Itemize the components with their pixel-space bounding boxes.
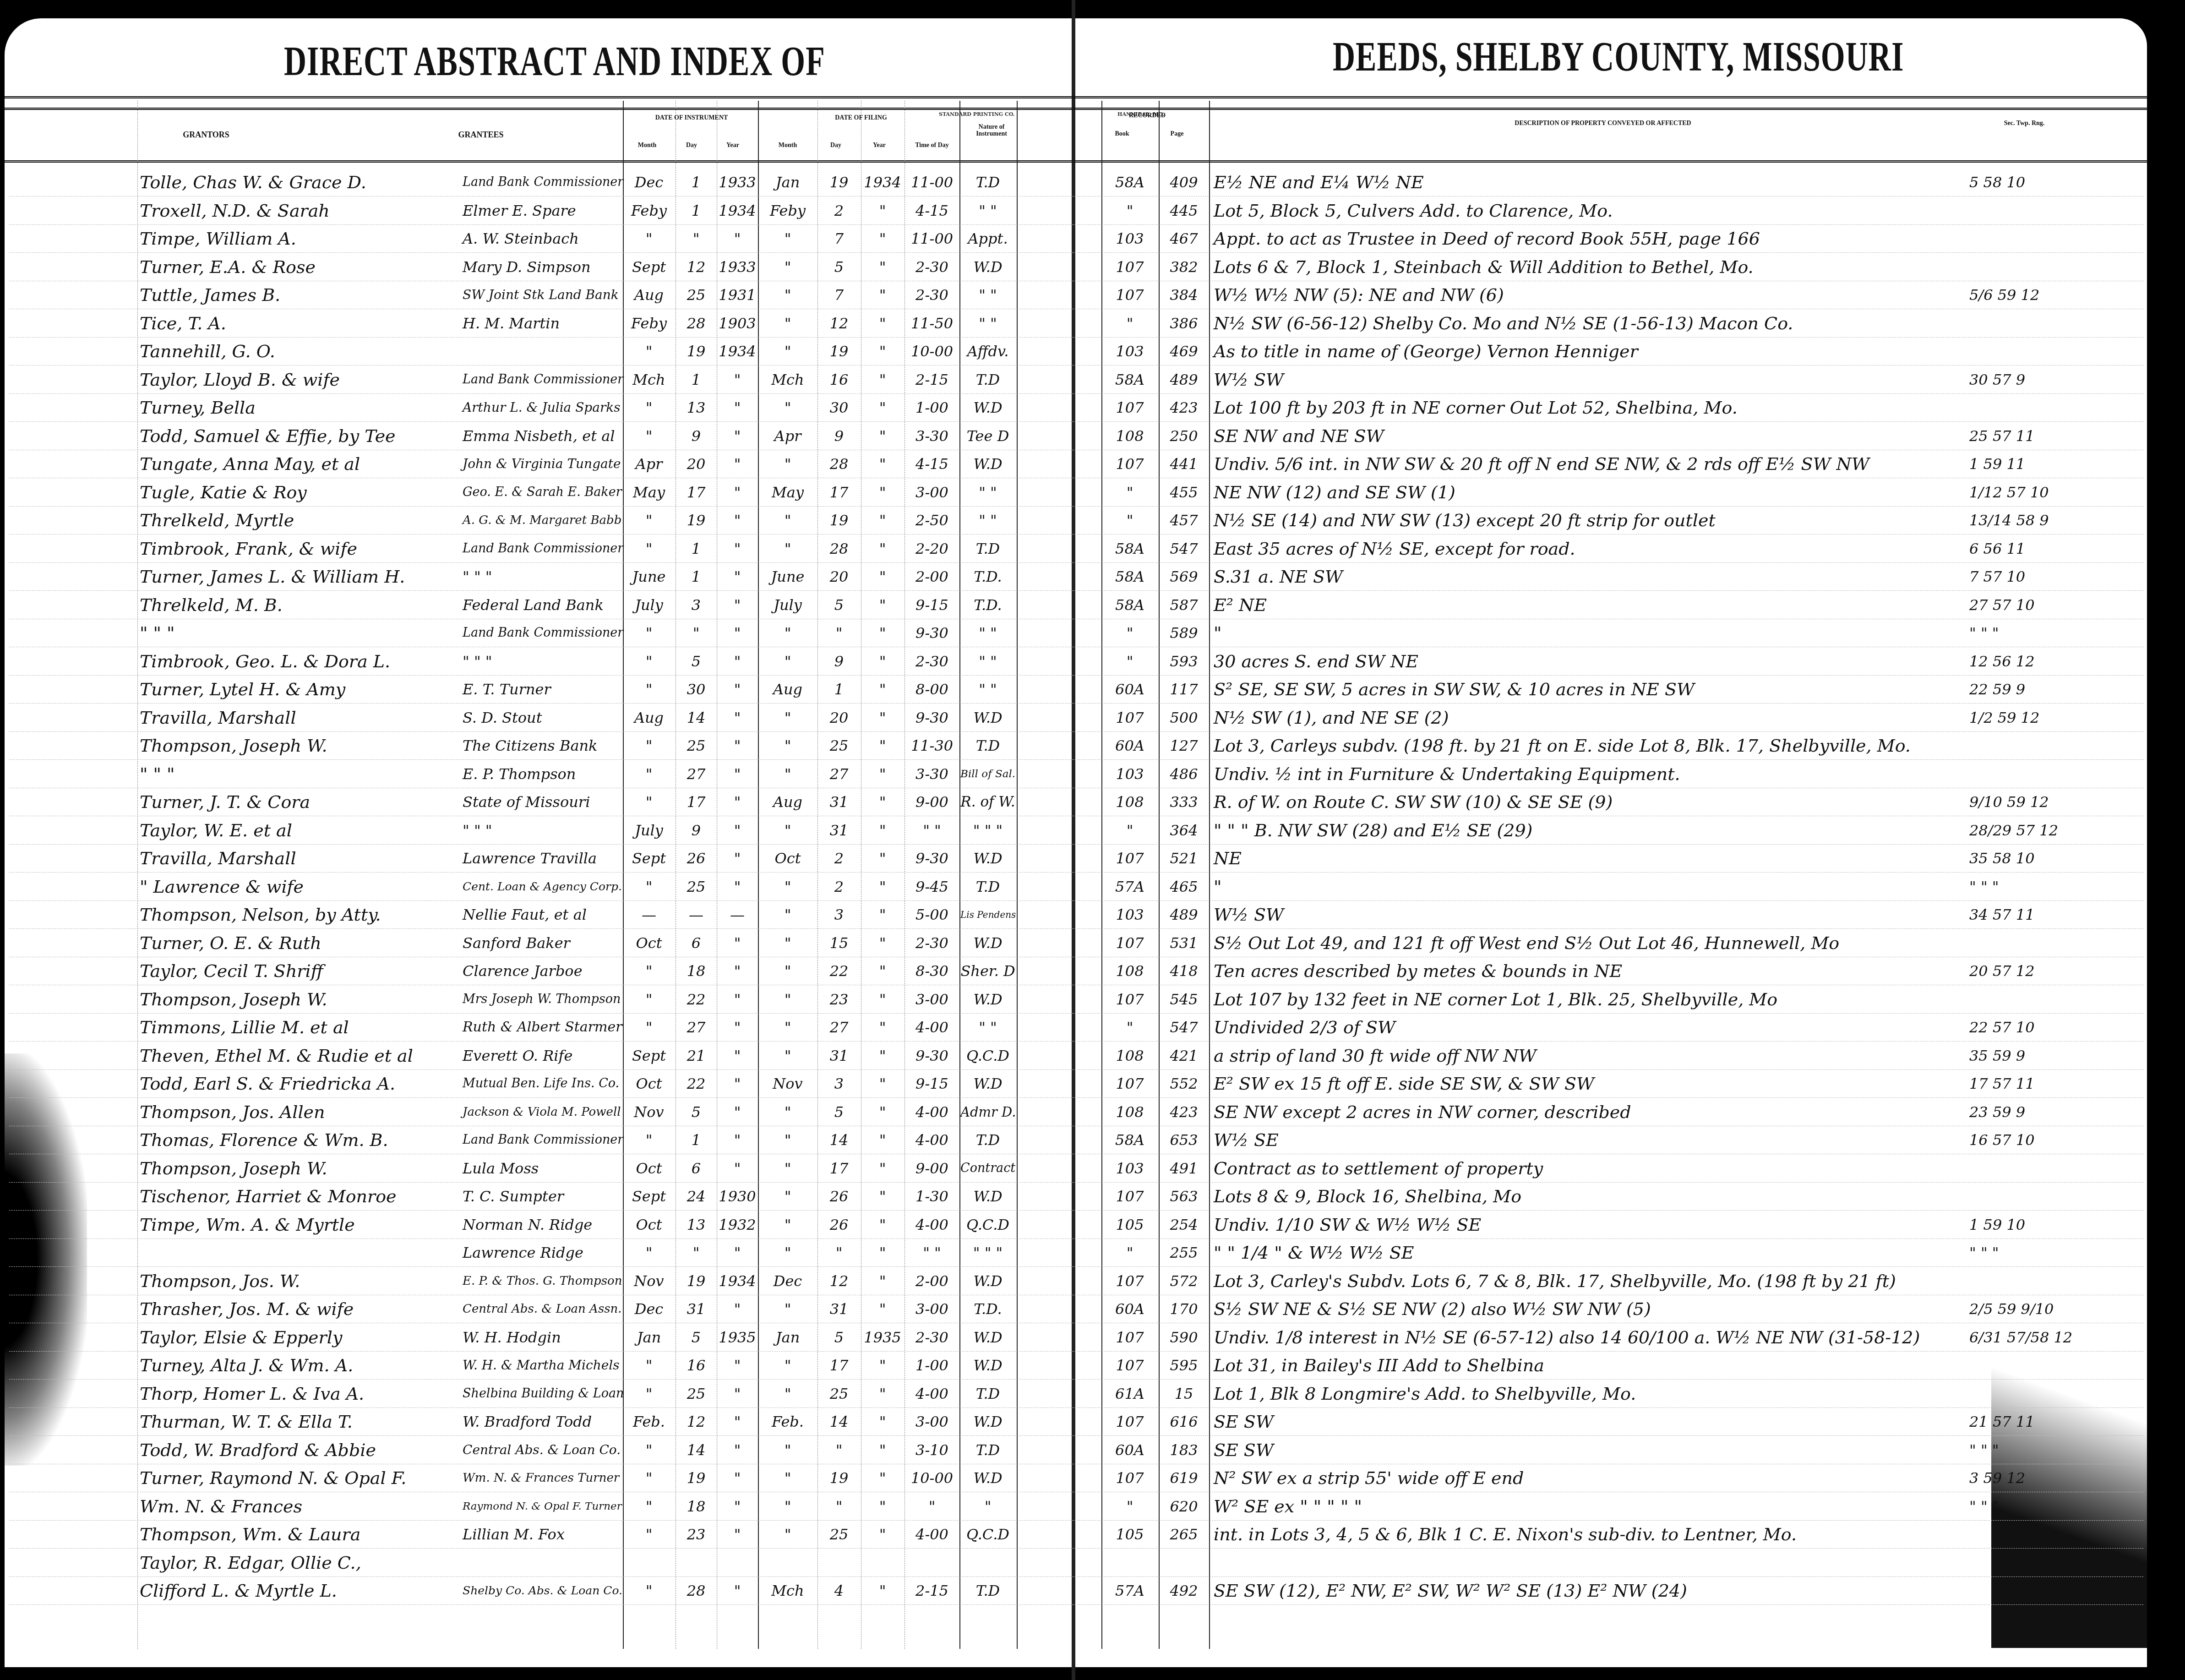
nature-cell: W.D — [960, 845, 1015, 871]
description-cell — [1214, 1550, 1956, 1576]
filing-year-cell: " — [862, 987, 903, 1012]
book-cell: 107 — [1102, 845, 1157, 871]
nature-cell: " " — [960, 480, 1015, 505]
instrument-day-cell: " — [676, 226, 716, 251]
filing-month-cell: July — [759, 592, 817, 618]
instrument-year-cell: 1934 — [718, 338, 757, 364]
page-cell: 183 — [1160, 1437, 1208, 1463]
filing-month-cell: Aug — [759, 789, 817, 815]
instrument-day-cell: — — [676, 902, 716, 927]
description-cell: S½ Out Lot 49, and 121 ft off West end S… — [1214, 930, 1956, 956]
instrument-year-cell: 1903 — [718, 311, 757, 336]
description-cell: Lot 100 ft by 203 ft in NE corner Out Lo… — [1214, 395, 1956, 420]
instrument-year-cell: " — [718, 480, 757, 505]
instrument-day-cell: 26 — [676, 845, 716, 871]
instrument-year-cell: " — [718, 733, 757, 758]
instrument-month-cell: " — [624, 1578, 674, 1604]
sec-twp-rng-cell — [1969, 254, 2098, 280]
filing-day-cell: 19 — [818, 507, 860, 533]
filing-day-cell: 31 — [818, 1296, 860, 1322]
time-of-day-cell: 9-00 — [905, 1156, 959, 1181]
time-of-day-cell: 9-30 — [905, 845, 959, 871]
description-cell: W½ SW — [1214, 367, 1956, 393]
grantee-cell: Land Bank Commissioner — [463, 536, 623, 562]
grantor-cell: Clifford L. & Myrtle L. — [140, 1578, 460, 1604]
page-cell: 386 — [1160, 311, 1208, 336]
time-of-day-cell: 2-15 — [905, 1578, 959, 1604]
nature-cell: W.D — [960, 930, 1015, 956]
col-header-page: Page — [1163, 131, 1191, 137]
grantee-cell: Land Bank Commissioner — [463, 620, 623, 646]
book-cell: 58A — [1102, 536, 1157, 562]
grantor-cell: Taylor, R. Edgar, Ollie C., — [140, 1550, 460, 1576]
sec-twp-rng-cell: 9/10 59 12 — [1969, 789, 2098, 815]
book-cell — [1102, 1550, 1157, 1576]
instrument-month-cell: " — [624, 874, 674, 900]
grantee-cell: Mrs Joseph W. Thompson — [463, 987, 623, 1012]
instrument-month-cell: Sept — [624, 1184, 674, 1209]
description-cell: S½ SW NE & S½ SE NW (2) also W½ SW NW (5… — [1214, 1296, 1956, 1322]
book-cell: " — [1102, 311, 1157, 336]
filing-year-cell: " — [862, 818, 903, 843]
instrument-day-cell: " — [676, 1240, 716, 1265]
book-cell: 105 — [1102, 1522, 1157, 1547]
filing-year-cell: " — [862, 507, 903, 533]
time-of-day-cell: 2-15 — [905, 367, 959, 393]
filing-month-cell: Oct — [759, 845, 817, 871]
nature-cell: Contract — [960, 1156, 1015, 1181]
instrument-month-cell: " — [624, 958, 674, 984]
sec-twp-rng-cell: 2/5 59 9/10 — [1969, 1296, 2098, 1322]
description-cell: S.31 a. NE SW — [1214, 564, 1956, 589]
grantee-cell — [463, 338, 623, 364]
grantee-cell: Emma Nisbeth, et al — [463, 423, 623, 449]
page-cell: 465 — [1160, 874, 1208, 900]
filing-day-cell: 28 — [818, 451, 860, 477]
column-divider — [1209, 101, 1210, 1649]
instrument-day-cell: 20 — [676, 451, 716, 477]
instrument-month-cell: July — [624, 592, 674, 618]
instrument-year-cell: 1932 — [718, 1212, 757, 1238]
instrument-month-cell: " — [624, 507, 674, 533]
instrument-month-cell: " — [624, 1494, 674, 1519]
description-cell: Contract as to settlement of property — [1214, 1156, 1956, 1181]
filing-month-cell: " — [759, 1015, 817, 1040]
page-cell: 384 — [1160, 282, 1208, 308]
description-cell: NE — [1214, 845, 1956, 871]
instrument-month-cell: " — [624, 761, 674, 787]
instrument-month-cell: " — [624, 649, 674, 674]
nature-cell: Bill of Sal. — [960, 761, 1015, 787]
grantee-cell: E. P. & Thos. G. Thompson — [463, 1268, 623, 1294]
sec-twp-rng-cell — [1969, 1381, 2098, 1407]
nature-cell: T.D — [960, 1127, 1015, 1153]
book-cell: 57A — [1102, 874, 1157, 900]
nature-cell: W.D — [960, 395, 1015, 420]
description-cell: E² NE — [1214, 592, 1956, 618]
sec-twp-rng-cell: 5/6 59 12 — [1969, 282, 2098, 308]
col-header-inst-year: Year — [719, 142, 746, 149]
instrument-year-cell: " — [718, 874, 757, 900]
row-guide-line — [9, 957, 2143, 957]
filing-year-cell: " — [862, 1043, 903, 1069]
instrument-day-cell: 30 — [676, 676, 716, 702]
grantor-cell: Timbrook, Geo. L. & Dora L. — [140, 649, 460, 674]
grantor-cell: Tungate, Anna May, et al — [140, 451, 460, 477]
page-cell: 587 — [1160, 592, 1208, 618]
sec-twp-rng-cell — [1969, 311, 2098, 336]
instrument-day-cell: 12 — [676, 1409, 716, 1435]
instrument-day-cell: 6 — [676, 930, 716, 956]
grantor-cell: Tolle, Chas W. & Grace D. — [140, 169, 460, 195]
grantor-cell: Todd, W. Bradford & Abbie — [140, 1437, 460, 1463]
grantor-cell: " Lawrence & wife — [140, 874, 460, 900]
instrument-month-cell: Nov — [624, 1268, 674, 1294]
filing-day-cell: 19 — [818, 169, 860, 195]
filing-day-cell: 2 — [818, 845, 860, 871]
row-guide-line — [9, 1435, 2143, 1436]
instrument-year-cell: " — [718, 226, 757, 251]
nature-cell: W.D — [960, 987, 1015, 1012]
sec-twp-rng-cell — [1969, 761, 2098, 787]
nature-cell: " " — [960, 507, 1015, 533]
filing-year-cell: " — [862, 1268, 903, 1294]
sec-twp-rng-cell: 6 56 11 — [1969, 536, 2098, 562]
filing-year-cell: " — [862, 733, 903, 758]
instrument-day-cell: 25 — [676, 282, 716, 308]
time-of-day-cell: 11-00 — [905, 169, 959, 195]
row-guide-line — [9, 872, 2143, 873]
grantee-cell: Central Abs. & Loan Co. — [463, 1437, 623, 1463]
sec-twp-rng-cell: 5 58 10 — [1969, 169, 2098, 195]
grantor-cell: Taylor, Cecil T. Shriff — [140, 958, 460, 984]
filing-day-cell: 12 — [818, 1268, 860, 1294]
instrument-year-cell: " — [718, 761, 757, 787]
grantee-cell: Sanford Baker — [463, 930, 623, 956]
filing-year-cell: 1935 — [862, 1325, 903, 1350]
description-cell: NE NW (12) and SE SW (1) — [1214, 480, 1956, 505]
instrument-month-cell: Sept — [624, 845, 674, 871]
grantee-cell: Land Bank Commissioner — [463, 1127, 623, 1153]
instrument-day-cell: 28 — [676, 311, 716, 336]
instrument-year-cell: " — [718, 649, 757, 674]
page-cell: 595 — [1160, 1353, 1208, 1378]
sec-twp-rng-cell: 7 57 10 — [1969, 564, 2098, 589]
filing-year-cell: " — [862, 311, 903, 336]
nature-cell: " " " — [960, 1240, 1015, 1265]
sec-twp-rng-cell — [1969, 1353, 2098, 1378]
time-of-day-cell: 4-15 — [905, 198, 959, 224]
filing-year-cell: " — [862, 705, 903, 731]
description-cell: Appt. to act as Trustee in Deed of recor… — [1214, 226, 1956, 251]
sec-twp-rng-cell: 30 57 9 — [1969, 367, 2098, 393]
time-of-day-cell: 2-00 — [905, 564, 959, 589]
col-header-recorded: RECORDED — [1108, 112, 1186, 119]
filing-month-cell: " — [759, 1437, 817, 1463]
time-of-day-cell: 3-00 — [905, 987, 959, 1012]
filing-month-cell: " — [759, 1522, 817, 1547]
instrument-day-cell: 12 — [676, 254, 716, 280]
grantee-cell: Elmer E. Spare — [463, 198, 623, 224]
row-guide-line — [9, 1492, 2143, 1492]
nature-cell: Admr D. — [960, 1099, 1015, 1125]
sec-twp-rng-cell: 28/29 57 12 — [1969, 818, 2098, 843]
filing-month-cell: " — [759, 761, 817, 787]
grantor-cell: Turner, J. T. & Cora — [140, 789, 460, 815]
grantee-cell: Shelbina Building & Loan — [463, 1381, 623, 1407]
nature-cell: W.D — [960, 1465, 1015, 1491]
instrument-month-cell — [624, 1550, 674, 1576]
grantee-cell: " " " — [463, 818, 623, 843]
grantee-cell: Central Abs. & Loan Assn. — [463, 1296, 623, 1322]
book-cell: 60A — [1102, 1296, 1157, 1322]
filing-month-cell: " — [759, 987, 817, 1012]
nature-cell: " — [960, 1494, 1015, 1519]
instrument-year-cell: " — [718, 789, 757, 815]
instrument-day-cell: 23 — [676, 1522, 716, 1547]
description-cell: N½ SW (1), and NE SE (2) — [1214, 705, 1956, 731]
instrument-month-cell: Mch — [624, 367, 674, 393]
instrument-year-cell: " — [718, 1043, 757, 1069]
description-cell: Undiv. 1/10 SW & W½ W½ SE — [1214, 1212, 1956, 1238]
nature-cell: W.D — [960, 254, 1015, 280]
sec-twp-rng-cell: 21 57 11 — [1969, 1409, 2098, 1435]
sec-twp-rng-cell: 1 59 10 — [1969, 1212, 2098, 1238]
page-cell: 492 — [1160, 1578, 1208, 1604]
grantor-cell: Thompson, Wm. & Laura — [140, 1522, 460, 1547]
row-guide-line — [9, 619, 2143, 619]
filing-day-cell: 12 — [818, 311, 860, 336]
instrument-year-cell: " — [718, 1156, 757, 1181]
instrument-year-cell: " — [718, 845, 757, 871]
filing-month-cell: June — [759, 564, 817, 589]
grantor-cell: Tannehill, G. O. — [140, 338, 460, 364]
time-of-day-cell: 10-00 — [905, 338, 959, 364]
description-cell: SE NW except 2 acres in NW corner, descr… — [1214, 1099, 1956, 1125]
grantee-cell: A. G. & M. Margaret Babb — [463, 507, 623, 533]
instrument-year-cell: " — [718, 1240, 757, 1265]
grantee-cell: H. M. Martin — [463, 311, 623, 336]
description-cell: W½ SW — [1214, 902, 1956, 927]
grantee-cell: Land Bank Commissioner — [463, 169, 623, 195]
description-cell: SE SW — [1214, 1409, 1956, 1435]
instrument-month-cell: " — [624, 1240, 674, 1265]
instrument-day-cell: 5 — [676, 1099, 716, 1125]
filing-month-cell: " — [759, 1156, 817, 1181]
nature-cell: T.D — [960, 367, 1015, 393]
filing-year-cell: " — [862, 1099, 903, 1125]
sec-twp-rng-cell: " " " — [1969, 1240, 2098, 1265]
grantor-cell: Thompson, Joseph W. — [140, 987, 460, 1012]
description-cell: S² SE, SE SW, 5 acres in SW SW, & 10 acr… — [1214, 676, 1956, 702]
instrument-year-cell: " — [718, 367, 757, 393]
instrument-month-cell: Sept — [624, 1043, 674, 1069]
grantor-cell: Tice, T. A. — [140, 311, 460, 336]
filing-month-cell: " — [759, 1381, 817, 1407]
instrument-year-cell: " — [718, 1578, 757, 1604]
filing-year-cell: " — [862, 620, 903, 646]
row-guide-line — [9, 985, 2143, 985]
grantee-cell: Mary D. Simpson — [463, 254, 623, 280]
col-header-date-instrument: DATE OF INSTRUMENT — [625, 115, 758, 121]
time-of-day-cell: 11-50 — [905, 311, 959, 336]
filing-month-cell: Jan — [759, 1325, 817, 1350]
row-guide-line — [9, 281, 2143, 281]
page-cell: 572 — [1160, 1268, 1208, 1294]
instrument-day-cell: 18 — [676, 1494, 716, 1519]
grantee-cell: John & Virginia Tungate — [463, 451, 623, 477]
sec-twp-rng-cell — [1969, 930, 2098, 956]
instrument-month-cell: " — [624, 1381, 674, 1407]
filing-year-cell: " — [862, 1184, 903, 1209]
filing-month-cell: " — [759, 1353, 817, 1378]
filing-month-cell: " — [759, 1043, 817, 1069]
page-cell: 589 — [1160, 620, 1208, 646]
row-guide-line — [9, 1154, 2143, 1154]
description-cell: W² SE ex " " " " " — [1214, 1494, 1956, 1519]
instrument-year-cell: " — [718, 1409, 757, 1435]
time-of-day-cell: 2-20 — [905, 536, 959, 562]
filing-day-cell: " — [818, 1240, 860, 1265]
time-of-day-cell: 4-00 — [905, 1522, 959, 1547]
instrument-month-cell: Oct — [624, 930, 674, 956]
filing-year-cell: " — [862, 1212, 903, 1238]
time-of-day-cell: 9-45 — [905, 874, 959, 900]
sec-twp-rng-cell: 1/2 59 12 — [1969, 705, 2098, 731]
description-cell: Lot 3, Carleys subdv. (198 ft. by 21 ft … — [1214, 733, 1956, 758]
filing-year-cell: " — [862, 1522, 903, 1547]
book-cell: 107 — [1102, 1465, 1157, 1491]
grantee-cell: Cent. Loan & Agency Corp. — [463, 874, 623, 900]
filing-day-cell: 19 — [818, 1465, 860, 1491]
instrument-day-cell: 28 — [676, 1578, 716, 1604]
book-cell: 108 — [1102, 789, 1157, 815]
grantor-cell: Threlkeld, Myrtle — [140, 507, 460, 533]
description-cell: N½ SW (6-56-12) Shelby Co. Mo and N½ SE … — [1214, 311, 1956, 336]
instrument-year-cell: 1930 — [718, 1184, 757, 1209]
book-cell: 107 — [1102, 395, 1157, 420]
book-cell: 103 — [1102, 902, 1157, 927]
page-cell: 521 — [1160, 845, 1208, 871]
filing-year-cell: " — [862, 1381, 903, 1407]
row-guide-line — [9, 1295, 2143, 1295]
filing-year-cell: " — [862, 226, 903, 251]
header-rule-second — [5, 108, 2148, 110]
time-of-day-cell: 1-30 — [905, 1184, 959, 1209]
page-cell: 590 — [1160, 1325, 1208, 1350]
col-header-nature: Nature of Instrument — [964, 124, 1019, 138]
filing-month-cell: " — [759, 733, 817, 758]
sec-twp-rng-cell: 1 59 11 — [1969, 451, 2098, 477]
time-of-day-cell: 9-30 — [905, 620, 959, 646]
instrument-year-cell: " — [718, 1296, 757, 1322]
grantor-cell: Taylor, Elsie & Epperly — [140, 1325, 460, 1350]
filing-day-cell: 7 — [818, 226, 860, 251]
time-of-day-cell: 3-10 — [905, 1437, 959, 1463]
filing-month-cell: May — [759, 480, 817, 505]
instrument-month-cell: Jan — [624, 1325, 674, 1350]
filing-year-cell: " — [862, 958, 903, 984]
filing-day-cell: 5 — [818, 1099, 860, 1125]
book-cell: 58A — [1102, 592, 1157, 618]
time-of-day-cell: 4-00 — [905, 1212, 959, 1238]
sec-twp-rng-cell — [1969, 1268, 2098, 1294]
instrument-day-cell — [676, 1550, 716, 1576]
description-cell: SE NW and NE SW — [1214, 423, 1956, 449]
filing-day-cell: 9 — [818, 649, 860, 674]
filing-month-cell: " — [759, 930, 817, 956]
filing-day-cell: 5 — [818, 592, 860, 618]
grantor-cell: Threlkeld, M. B. — [140, 592, 460, 618]
filing-day-cell: 27 — [818, 761, 860, 787]
instrument-day-cell: " — [676, 620, 716, 646]
row-guide-line — [9, 1379, 2143, 1380]
time-of-day-cell: 9-15 — [905, 1071, 959, 1096]
instrument-day-cell: 9 — [676, 818, 716, 843]
time-of-day-cell: 1-00 — [905, 1353, 959, 1378]
grantee-cell: W. H. & Martha Michels — [463, 1353, 623, 1378]
book-cell: 58A — [1102, 169, 1157, 195]
filing-day-cell: 28 — [818, 536, 860, 562]
filing-day-cell: 15 — [818, 930, 860, 956]
page-cell: 333 — [1160, 789, 1208, 815]
instrument-day-cell: 19 — [676, 1465, 716, 1491]
filing-month-cell: Aug — [759, 676, 817, 702]
filing-year-cell: " — [862, 367, 903, 393]
sec-twp-rng-cell — [1969, 987, 2098, 1012]
grantee-cell: S. D. Stout — [463, 705, 623, 731]
grantee-cell: Raymond N. & Opal F. Turner — [463, 1494, 623, 1519]
filing-day-cell: 26 — [818, 1212, 860, 1238]
page-cell: 445 — [1160, 198, 1208, 224]
page-cell: 547 — [1160, 536, 1208, 562]
page-cell: 545 — [1160, 987, 1208, 1012]
instrument-month-cell: Feb. — [624, 1409, 674, 1435]
description-cell: " " " B. NW SW (28) and E½ SE (29) — [1214, 818, 1956, 843]
filing-year-cell: " — [862, 592, 903, 618]
filing-year-cell: " — [862, 845, 903, 871]
row-guide-line — [9, 759, 2143, 760]
page-cell: 552 — [1160, 1071, 1208, 1096]
nature-cell: " " — [960, 620, 1015, 646]
filing-year-cell: " — [862, 254, 903, 280]
sec-twp-rng-cell: 20 57 12 — [1969, 958, 2098, 984]
filing-month-cell: " — [759, 818, 817, 843]
instrument-day-cell: 1 — [676, 367, 716, 393]
sec-twp-rng-cell: 3 59 12 — [1969, 1465, 2098, 1491]
book-cell: 107 — [1102, 1184, 1157, 1209]
grantee-cell: Clarence Jarboe — [463, 958, 623, 984]
time-of-day-cell: 9-30 — [905, 705, 959, 731]
nature-cell: W.D — [960, 1325, 1015, 1350]
instrument-month-cell: Dec — [624, 169, 674, 195]
filing-day-cell: 20 — [818, 705, 860, 731]
grantor-cell: Turney, Bella — [140, 395, 460, 420]
page-title-left: DIRECT ABSTRACT AND INDEX OF — [284, 37, 825, 86]
book-cell: 103 — [1102, 761, 1157, 787]
filing-month-cell: " — [759, 1296, 817, 1322]
instrument-month-cell: Aug — [624, 705, 674, 731]
time-of-day-cell: 2-50 — [905, 507, 959, 533]
filing-month-cell: " — [759, 620, 817, 646]
col-header-book: Book — [1108, 131, 1136, 137]
instrument-year-cell: 1935 — [718, 1325, 757, 1350]
page-cell: 455 — [1160, 480, 1208, 505]
book-cell: 60A — [1102, 676, 1157, 702]
nature-cell: T.D — [960, 733, 1015, 758]
row-guide-line — [9, 1210, 2143, 1211]
grantor-cell: Thrasher, Jos. M. & wife — [140, 1296, 460, 1322]
